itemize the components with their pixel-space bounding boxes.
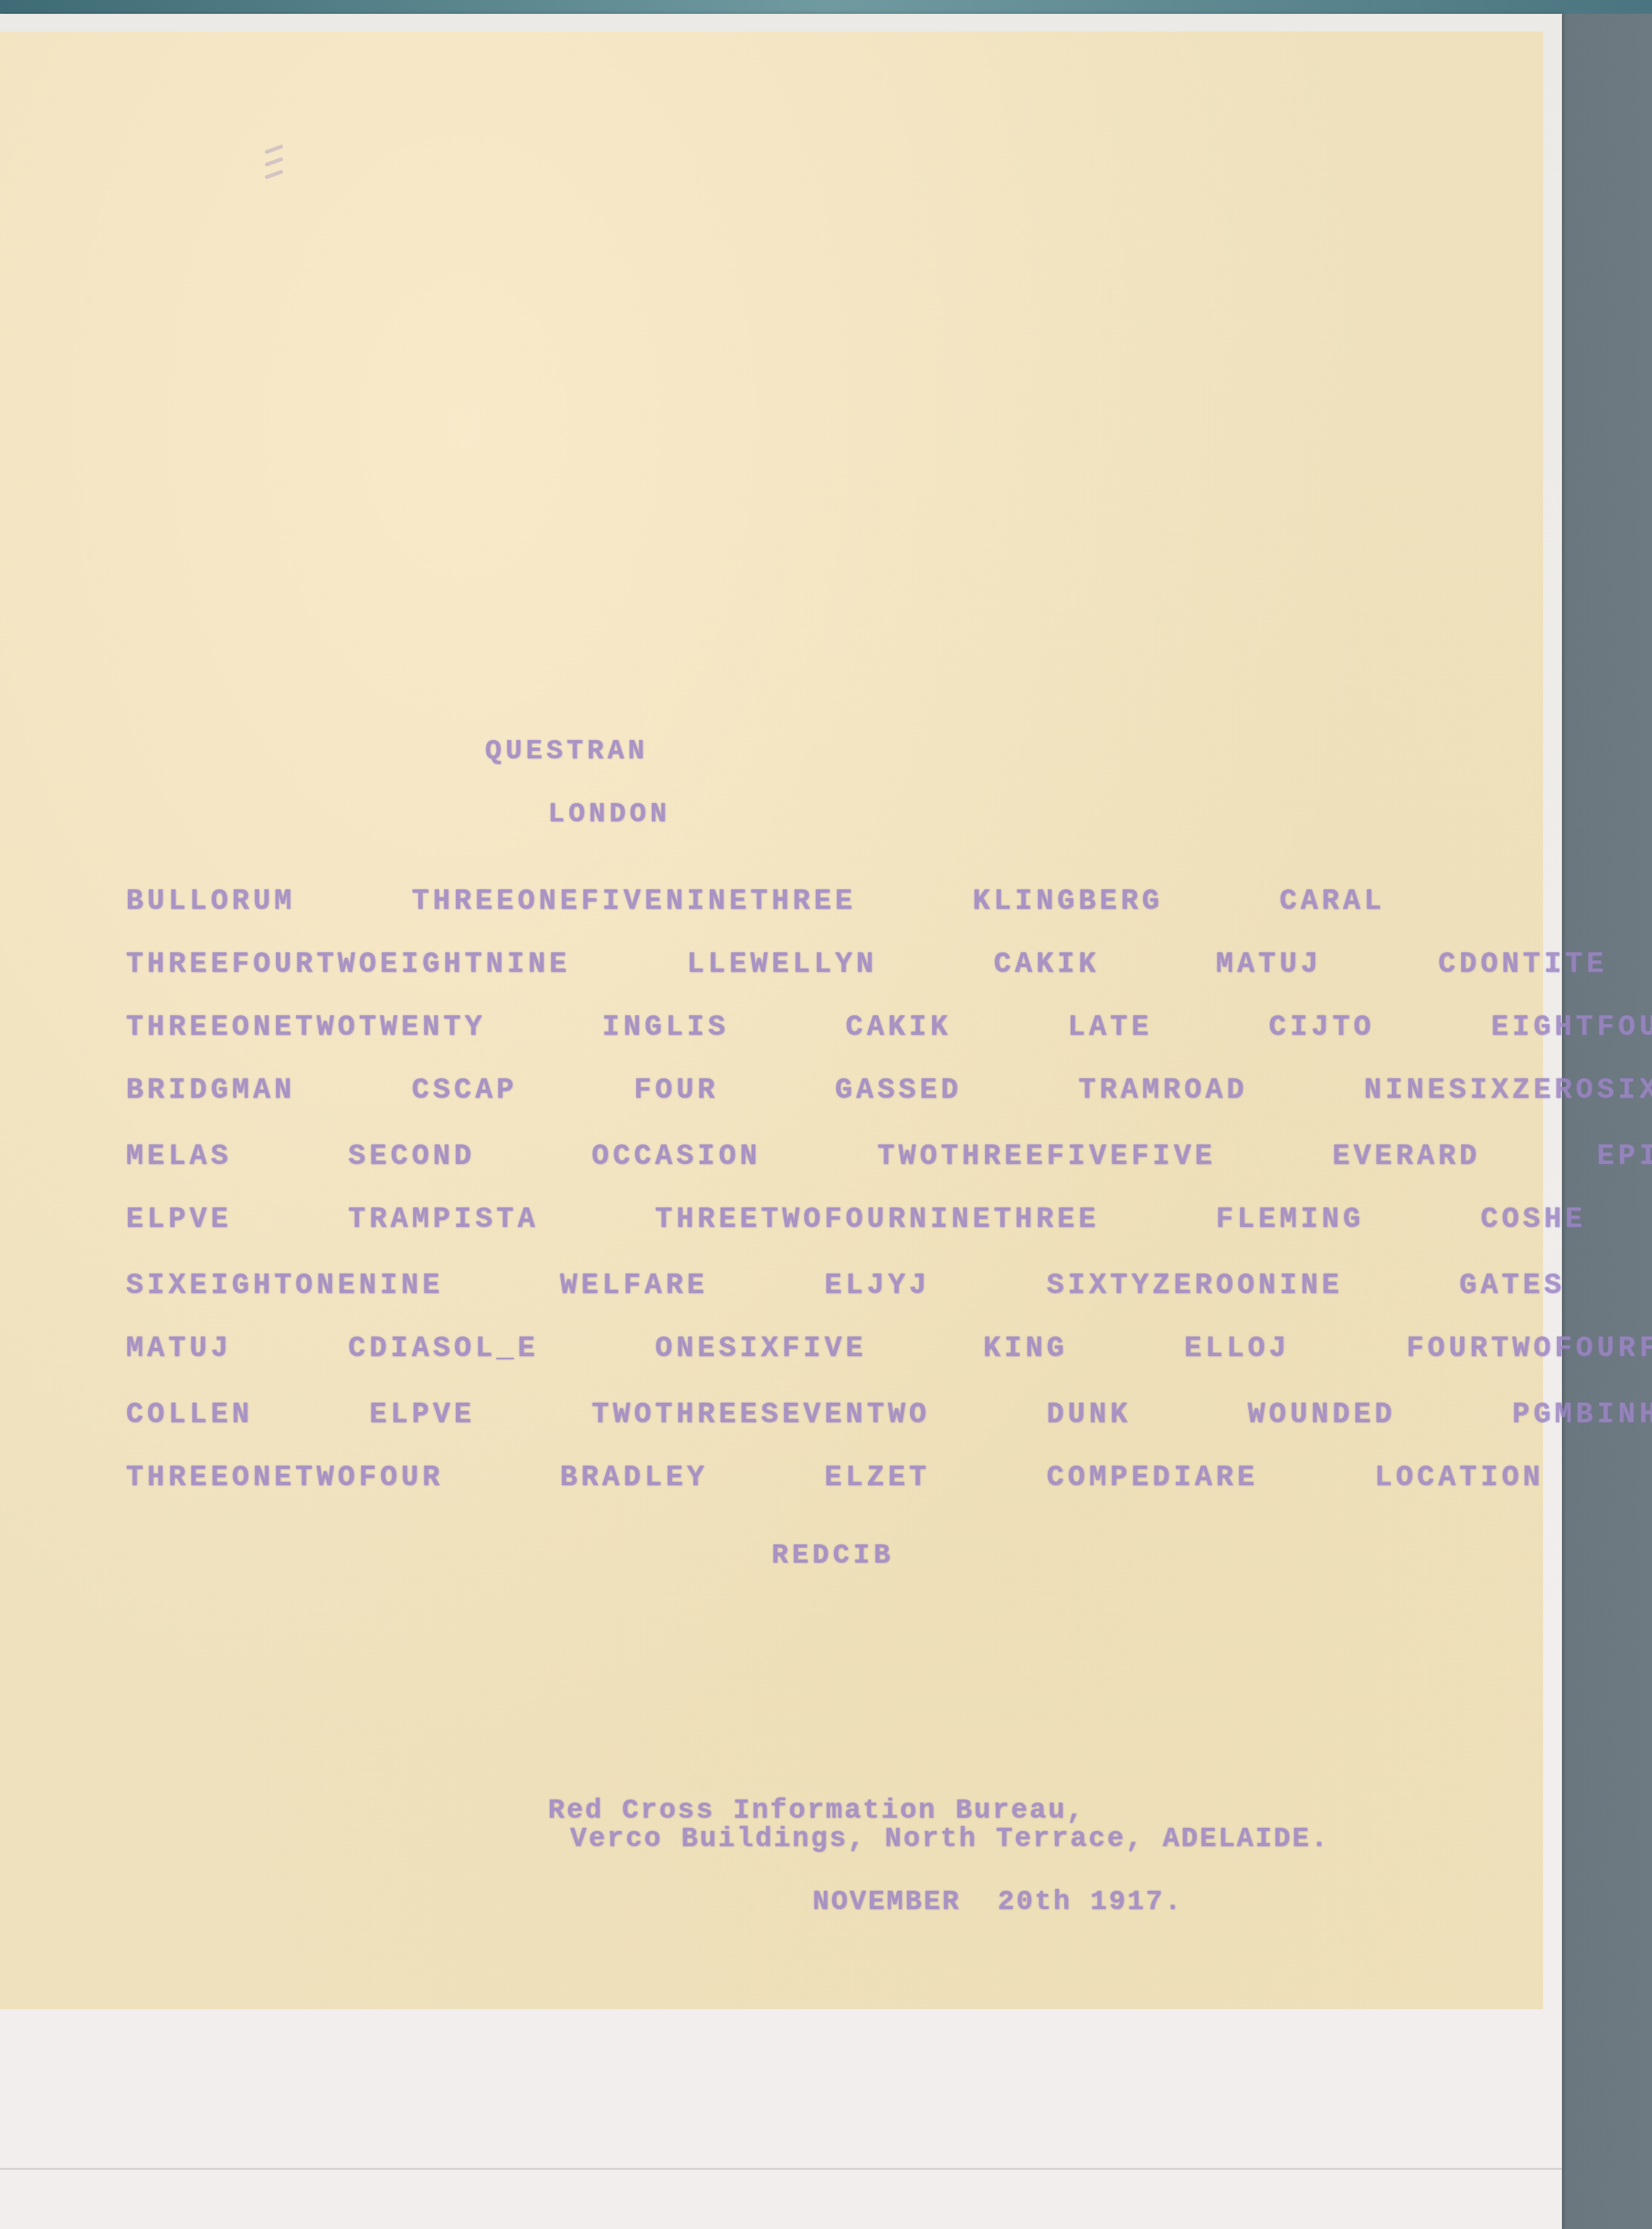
sender-line-1: Red Cross Information Bureau,	[548, 1795, 1085, 1827]
pencil-annotation-mark	[265, 139, 321, 208]
message-line: MELAS SECOND OCCASION TWOTHREEFIVEFIVE E…	[126, 1140, 1652, 1173]
signoff-code: REDCIB	[772, 1540, 894, 1571]
message-line: THREEONETWOTWENTY INGLIS CAKIK LATE CIJT…	[126, 1011, 1652, 1044]
message-line: MATUJ CDIASOL_E ONESIXFIVE KING ELLOJ FO…	[126, 1332, 1652, 1365]
message-line: BULLORUM THREEONEFIVENINETHREE KLINGBERG…	[126, 885, 1385, 918]
message-line: COLLEN ELPVE TWOTHREESEVENTWO DUNK WOUND…	[126, 1398, 1652, 1431]
cablegram-page: QUESTRAN LONDON BULLORUM THREEONEFIVENIN…	[0, 31, 1543, 2009]
sender-line-2: Verco Buildings, North Terrace, ADELAIDE…	[570, 1823, 1330, 1855]
message-line: ELPVE TRAMPISTA THREETWOFOURNINETHREE FL…	[126, 1203, 1586, 1236]
message-line: SIXEIGHTONENINE WELFARE ELJYJ SIXTYZEROO…	[126, 1269, 1652, 1302]
message-line: THREEFOURTWOEIGHTNINE LLEWELLYN CAKIK MA…	[126, 948, 1607, 981]
message-line: THREEONETWOFOUR BRADLEY ELZET COMPEDIARE…	[126, 1461, 1544, 1494]
address-line-2: LONDON	[548, 799, 670, 830]
address-line-1: QUESTRAN	[485, 736, 648, 767]
message-line: BRIDGMAN CSCAP FOUR GASSED TRAMROAD NINE…	[126, 1074, 1652, 1107]
background-top-edge	[0, 0, 1652, 14]
document-date: NOVEMBER 20th 1917.	[812, 1886, 1183, 1918]
backing-crease	[0, 2168, 1562, 2170]
